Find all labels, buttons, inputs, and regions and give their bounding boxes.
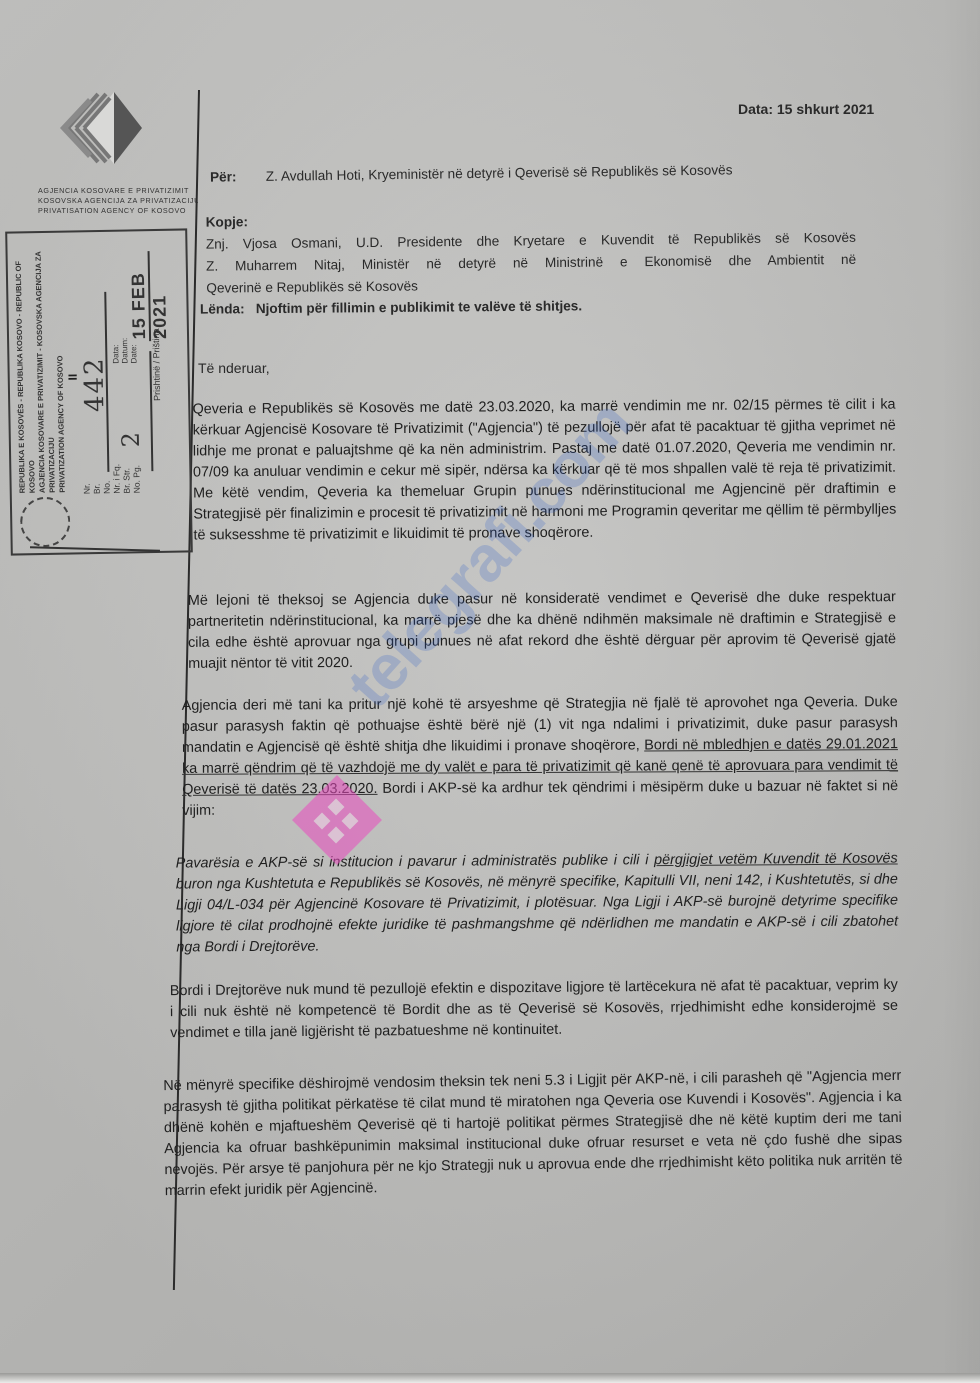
stamp-page-count: 2 bbox=[117, 432, 145, 448]
stamp-date-labels: Data: Datum: Date: bbox=[111, 338, 138, 364]
stamp-place: Prishtinë / Priština bbox=[151, 328, 162, 401]
text: buron nga Kushtetuta e Republikës së Kos… bbox=[176, 871, 898, 955]
paragraph-government-decisions: Qeveria e Republikës së Kosovës me datë … bbox=[192, 395, 896, 547]
recipient-value: Z. Avdullah Hoti, Kryeministër në detyrë… bbox=[266, 162, 733, 184]
agency-name-albanian: Agjencia Kosovare e Privatizimit bbox=[38, 186, 198, 196]
stamp-label: Nr. bbox=[81, 464, 92, 494]
subject: Lënda: Njoftim për fillimin e publikimit… bbox=[200, 298, 582, 316]
page-bottom-edge bbox=[0, 1373, 980, 1383]
paragraph-article-5-3: Në mënyrë specifike dëshirojmë vendosim … bbox=[163, 1066, 903, 1202]
agency-name: Agjencia Kosovare e Privatizimit Kosovsk… bbox=[38, 186, 198, 216]
page-edge-shadow bbox=[942, 0, 980, 1383]
stamp-roman-numeral: II bbox=[66, 374, 80, 381]
agency-name-serbian: Kosovska Agencija za Privatizaciju bbox=[38, 196, 198, 206]
stamp-label: Datum: bbox=[120, 338, 129, 364]
agency-logo-icon bbox=[58, 90, 170, 166]
recipient: Për: Z. Avdullah Hoti, Kryeministër në d… bbox=[210, 162, 733, 184]
stamp-label: Data: bbox=[111, 338, 120, 364]
agency-name-english: Privatisation Agency of Kosovo bbox=[38, 206, 198, 216]
copy-label: Kopje: bbox=[206, 211, 256, 234]
stamp-organization: Republika e Kosovës - Republika Kosovo -… bbox=[13, 243, 67, 494]
stamp-label: Br. bbox=[91, 464, 102, 494]
seal-icon bbox=[20, 497, 71, 548]
stamp-label: No. Pg. bbox=[131, 464, 142, 494]
copy-recipients: Kopje: Znj. Vjosa Osmani, U.D. President… bbox=[206, 204, 907, 299]
paragraph-independence: Pavarësia e AKP-së si institucion i pava… bbox=[176, 848, 899, 958]
subject-value: Njoftim për fillimin e publikimit te val… bbox=[256, 298, 582, 316]
stamp-label: Date: bbox=[129, 338, 138, 364]
subject-label: Lënda: bbox=[200, 301, 252, 316]
registry-stamp: Republika e Kosovës - Republika Kosovo -… bbox=[5, 228, 193, 555]
recipient-label: Për: bbox=[210, 169, 262, 185]
stamp-label: Nr. i Fq. bbox=[111, 464, 122, 494]
letter-date: Data: 15 shkurt 2021 bbox=[738, 101, 874, 117]
underlined-text: përgjigjet vetëm Kuvendit të Kosovës bbox=[654, 850, 898, 868]
stamp-field-labels: Nr. Br. No. Nr. i Fq. Br. Str. No. Pg. bbox=[81, 464, 142, 495]
greeting: Të nderuar, bbox=[198, 360, 270, 376]
paragraph-board-decision: Agjencia deri më tani ka pritur një kohë… bbox=[182, 692, 899, 822]
stamp-label: Br. Str. bbox=[121, 464, 132, 494]
paragraph-board-authority: Bordi i Drejtorëve nuk mund të pezullojë… bbox=[170, 975, 899, 1044]
text: Pavarësia e AKP-së si institucion i pava… bbox=[176, 852, 654, 871]
paragraph-strategy-drafting: Më lejoni të theksoj se Agjencia duke pa… bbox=[188, 587, 896, 675]
